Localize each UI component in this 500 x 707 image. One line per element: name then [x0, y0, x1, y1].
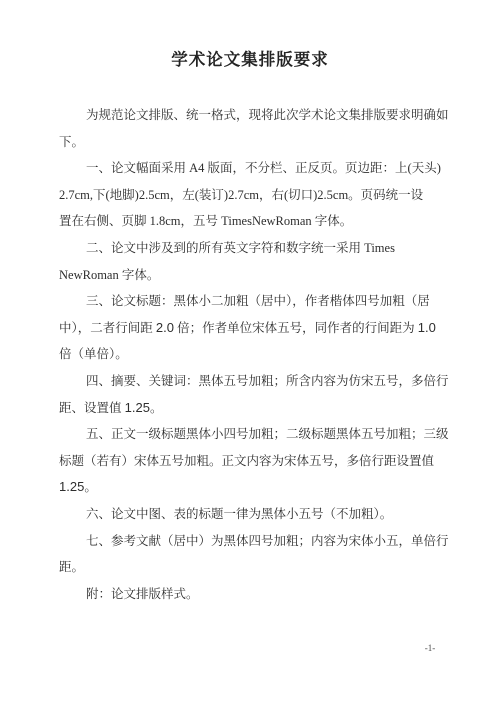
text-segment: 。: [150, 401, 163, 415]
text-line: 标题（若有）宋体五号加粗。正文内容为宋体五号，多倍行距设置值: [59, 448, 460, 475]
text-line: 为规范论文排版、统一格式，现将此次学术论文集排版要求明确如: [59, 102, 460, 129]
text-line: 置在右侧、页脚 1.8cm，五号 TimesNewRoman 字体。: [59, 208, 460, 235]
text-line: 二、论文中涉及到的所有英文字符和数字统一采用 Times: [59, 235, 460, 262]
text-segment: 倍（单倍）。: [59, 347, 128, 361]
text-segment: 四、摘要、关键词：黑体五号加粗；所含内容为仿宋五号，多倍行: [86, 374, 449, 388]
text-segment: 。: [84, 480, 97, 494]
text-segment: 置在右侧、页脚 1.8cm，五号 TimesNewRoman 字体。: [59, 214, 352, 228]
text-segment: 倍；作者单位宋体五号，同作者的行间距为: [174, 321, 418, 335]
text-segment: 距。: [59, 560, 84, 574]
text-segment: 七、参考文献（居中）为黑体四号加粗；内容为宋体小五，单倍行: [86, 534, 449, 548]
text-segment: 标题（若有）宋体五号加粗。正文内容为宋体五号，多倍行距设置值: [59, 454, 434, 468]
text-line: 一、论文幅面采用 A4 版面，不分栏、正反页。页边距：上(天头): [59, 155, 460, 182]
text-segment: 为规范论文排版、统一格式，现将此次学术论文集排版要求明确如: [86, 108, 449, 122]
text-line: NewRoman 字体。: [59, 262, 460, 289]
numeric-value: 1.0: [418, 320, 436, 335]
text-line: 三、论文标题：黑体小二加粗（居中），作者楷体四号加粗（居: [59, 288, 460, 315]
text-segment: 五、正文一级标题黑体小四号加粗；二级标题黑体五号加粗；三级: [86, 427, 449, 441]
text-line: 六、论文中图、表的标题一律为黑体小五号（不加粗）。: [59, 501, 460, 528]
text-line: 下。: [59, 129, 460, 156]
text-line: 附：论文排版样式。: [59, 581, 460, 608]
text-segment: 附：论文排版样式。: [86, 587, 199, 601]
text-line: 倍（单倍）。: [59, 341, 460, 368]
numeric-value: 2.0: [156, 320, 174, 335]
text-line: 七、参考文献（居中）为黑体四号加粗；内容为宋体小五，单倍行: [59, 528, 460, 555]
numeric-value: 1.25: [59, 479, 84, 494]
text-segment: 二、论文中涉及到的所有英文字符和数字统一采用 Times: [86, 241, 395, 255]
page-number: -1-: [416, 642, 444, 654]
text-segment: NewRoman 字体。: [59, 268, 159, 282]
text-segment: 距、设置值: [59, 401, 125, 415]
text-segment: 中），二者行间距: [59, 321, 156, 335]
text-line: 四、摘要、关键词：黑体五号加粗；所含内容为仿宋五号，多倍行: [59, 368, 460, 395]
text-line: 距。: [59, 554, 460, 581]
text-line: 五、正文一级标题黑体小四号加粗；二级标题黑体五号加粗；三级: [59, 421, 460, 448]
document-body: 为规范论文排版、统一格式，现将此次学术论文集排版要求明确如下。一、论文幅面采用 …: [59, 102, 460, 607]
text-segment: 2.7cm,下(地脚)2.5cm，左(装订)2.7cm，右(切口)2.5cm。页…: [59, 188, 423, 202]
text-line: 距、设置值 1.25。: [59, 395, 460, 422]
text-segment: 三、论文标题：黑体小二加粗（居中），作者楷体四号加粗（居: [86, 294, 430, 308]
text-line: 中），二者行间距 2.0 倍；作者单位宋体五号，同作者的行间距为 1.0: [59, 315, 460, 342]
text-line: 2.7cm,下(地脚)2.5cm，左(装订)2.7cm，右(切口)2.5cm。页…: [59, 182, 460, 209]
text-segment: 六、论文中图、表的标题一律为黑体小五号（不加粗）。: [86, 507, 392, 521]
document-page: 学术论文集排版要求 为规范论文排版、统一格式，现将此次学术论文集排版要求明确如下…: [0, 0, 500, 707]
text-line: 1.25。: [59, 474, 460, 501]
page-title: 学术论文集排版要求: [0, 0, 500, 72]
text-segment: 下。: [59, 135, 84, 149]
text-segment: 一、论文幅面采用 A4 版面，不分栏、正反页。页边距：上(天头): [86, 161, 441, 175]
numeric-value: 1.25: [125, 400, 150, 415]
